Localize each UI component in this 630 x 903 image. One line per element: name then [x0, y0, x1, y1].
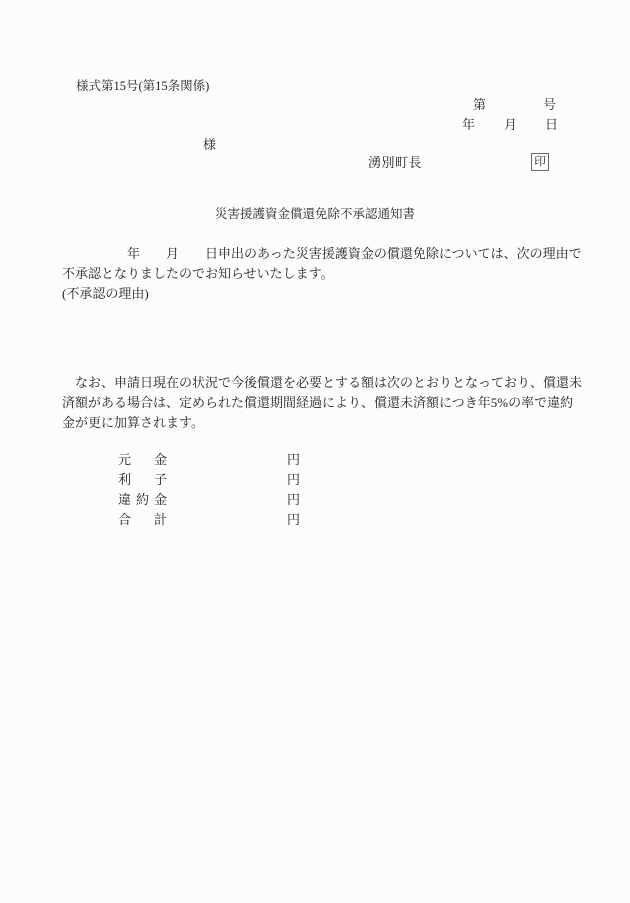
sender-title: 湧別町長	[368, 156, 422, 169]
date-year-label: 年	[462, 118, 475, 131]
amount-unit: 円	[287, 490, 300, 510]
amount-label: 元金	[118, 450, 167, 470]
table-row-principal: 元金 円	[118, 450, 338, 470]
amount-label: 利子	[118, 470, 167, 490]
seal-label: 印	[534, 156, 546, 168]
seal-placeholder: 印	[531, 153, 549, 171]
addressee-honorific: 様	[203, 138, 216, 151]
amounts-table: 元金 円 利子 円 違約金 円 合計 円	[118, 450, 338, 530]
date-day-label: 日	[545, 118, 558, 131]
doc-number-suffix: 号	[543, 98, 556, 111]
form-number: 様式第15号(第15条関係)	[76, 80, 209, 93]
doc-number-prefix: 第	[473, 98, 486, 111]
amount-unit: 円	[287, 450, 300, 470]
amount-unit: 円	[287, 470, 300, 490]
amount-label: 違約金	[118, 490, 167, 510]
date-month-label: 月	[504, 118, 517, 131]
body-paragraph-1: 年 月 日申出のあった災害援護資金の償還免除については、次の理由で 不承認となり…	[62, 244, 602, 304]
body-paragraph-2: なお、申請日現在の状況で今後償還を必要とする額は次のとおりとなっており、償還未 …	[62, 373, 602, 433]
amount-label: 合計	[118, 510, 167, 530]
table-row-total: 合計 円	[118, 510, 338, 530]
document-page: 様式第15号(第15条関係) 第 号 年 月 日 様 湧別町長 印 災害援護資金…	[0, 0, 630, 903]
table-row-interest: 利子 円	[118, 470, 338, 490]
document-title: 災害援護資金償還免除不承認通知書	[0, 208, 630, 221]
amount-unit: 円	[287, 510, 300, 530]
table-row-penalty: 違約金 円	[118, 490, 338, 510]
